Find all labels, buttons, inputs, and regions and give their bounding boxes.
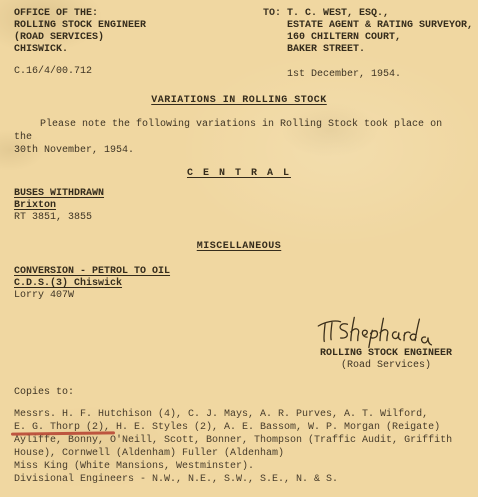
conversion-vehicle: Lorry 407W [14, 290, 464, 302]
memo-title: VARIATIONS IN ROLLING STOCK [14, 95, 464, 107]
copies-list: Messrs. H. F. Hutchison (4), C. J. Mays,… [14, 408, 464, 486]
copies-line: Ayliffe, Bonny, O'Neill, Scott, Bonner, … [14, 434, 464, 447]
signature-block: ROLLING STOCK ENGINEER (Road Services) [298, 314, 474, 372]
recipient-address-block: TO: T. C. WEST, ESQ., ESTATE AGENT & RAT… [263, 8, 473, 56]
recipient-line: T. C. WEST, ESQ., [287, 8, 473, 20]
red-underlined-name: E. G. Thorp (2), [14, 422, 110, 433]
intro-paragraph-line2: 30th November, 1954. [14, 144, 464, 157]
sender-line: ROLLING STOCK ENGINEER [14, 20, 146, 32]
memo-document: OFFICE OF THE: ROLLING STOCK ENGINEER (R… [0, 0, 478, 497]
intro-paragraph-line1: Please note the following variations in … [14, 118, 464, 144]
copies-line: House), Cornwell (Aldenham) Fuller (Alde… [14, 447, 464, 460]
recipient-line: 160 CHILTERN COURT, [287, 32, 473, 44]
copies-line: Messrs. H. F. Hutchison (4), C. J. Mays,… [14, 408, 464, 421]
recipient-lines: T. C. WEST, ESQ., ESTATE AGENT & RATING … [287, 8, 473, 56]
signatory-department: (Road Services) [298, 360, 474, 372]
to-label: TO: [263, 8, 287, 56]
conversion-heading: CONVERSION - PETROL TO OIL [14, 266, 464, 278]
conversion-block: CONVERSION - PETROL TO OIL C.D.S.(3) Chi… [14, 266, 464, 302]
conversion-location: C.D.S.(3) Chiswick [14, 278, 464, 290]
copies-line: Miss King (White Mansions, Westminster). [14, 460, 464, 473]
signatory-role: ROLLING STOCK ENGINEER [298, 348, 474, 360]
handwritten-signature-icon [304, 314, 444, 350]
withdrawn-vehicles: RT 3851, 3855 [14, 212, 464, 224]
date: 1st December, 1954. [287, 69, 401, 81]
sender-line: CHISWICK. [14, 44, 146, 56]
copies-line: Divisional Engineers - N.W., N.E., S.W.,… [14, 473, 464, 486]
copies-label: Copies to: [14, 387, 464, 399]
recipient-line: BAKER STREET. [287, 44, 473, 56]
reference-number: C.16/4/00.712 [14, 66, 92, 78]
buses-withdrawn-heading: BUSES WITHDRAWN [14, 188, 464, 200]
sender-line: OFFICE OF THE: [14, 8, 146, 20]
copies-line: E. G. Thorp (2), H. E. Styles (2), A. E.… [14, 421, 464, 434]
recipient-line: ESTATE AGENT & RATING SURVEYOR, [287, 20, 473, 32]
garage-name: Brixton [14, 200, 464, 212]
copies-line-rest: H. E. Styles (2), A. E. Bassom, W. P. Mo… [110, 422, 440, 433]
sender-address-block: OFFICE OF THE: ROLLING STOCK ENGINEER (R… [14, 8, 146, 56]
section-heading-central: C E N T R A L [14, 168, 464, 180]
section-heading-miscellaneous: MISCELLANEOUS [14, 241, 464, 253]
buses-withdrawn-block: BUSES WITHDRAWN Brixton RT 3851, 3855 [14, 188, 464, 224]
memo-body: VARIATIONS IN ROLLING STOCK Please note … [0, 93, 478, 486]
sender-line: (ROAD SERVICES) [14, 32, 146, 44]
